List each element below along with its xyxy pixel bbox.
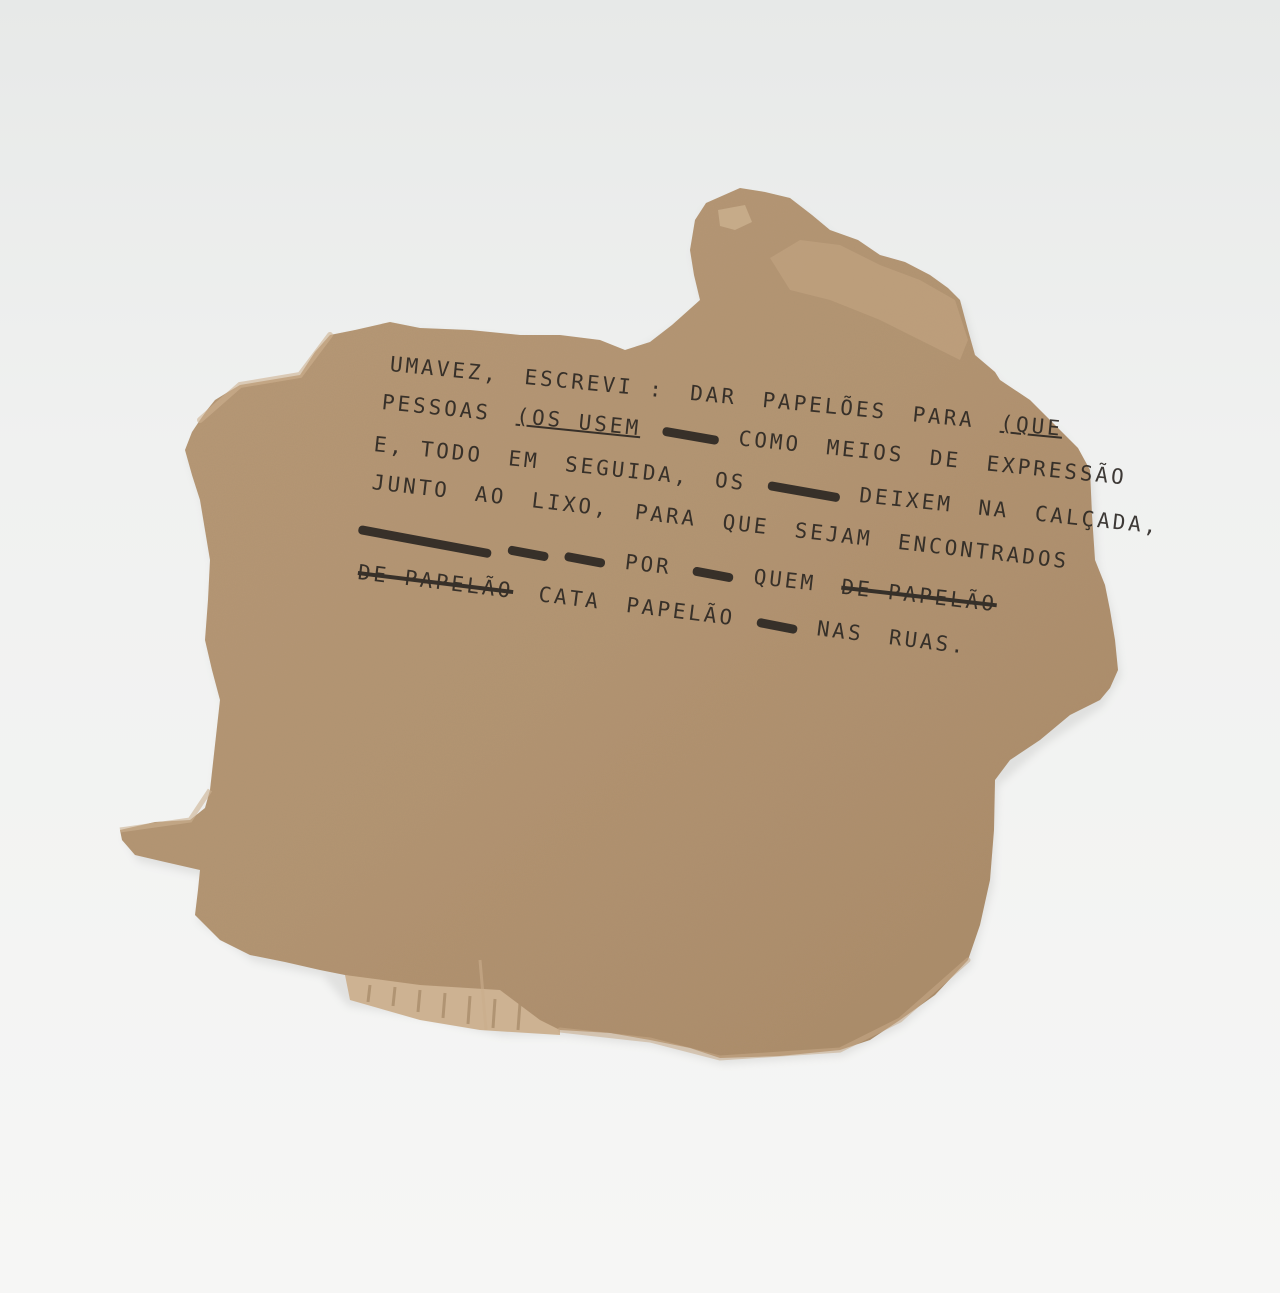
cardboard-body (120, 188, 1118, 1058)
torn-cardboard-piece (0, 0, 1280, 1293)
scanned-image: UMAVEZ, ESCREVI : DAR PAPELÕES PARA (QUE… (0, 0, 1280, 1293)
